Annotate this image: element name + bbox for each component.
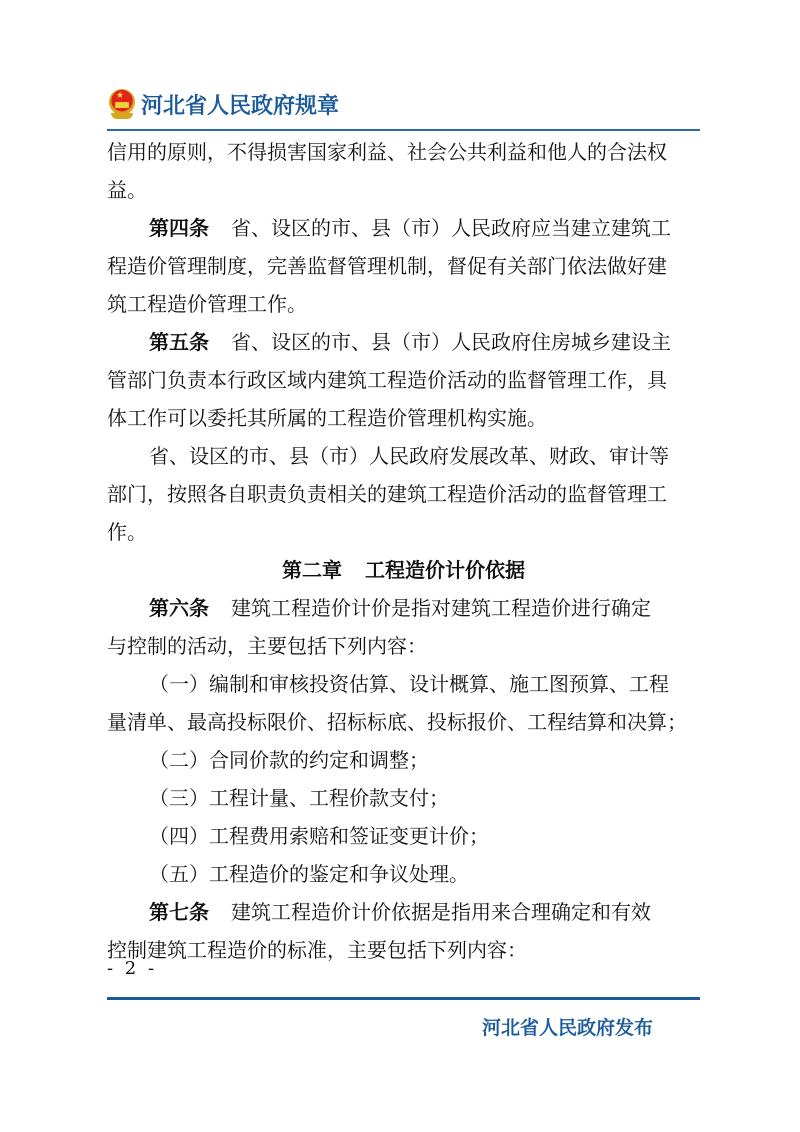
text-line: 益。	[107, 171, 700, 209]
article-6-line: 第六条 建筑工程造价计价是指对建筑工程造价进行确定	[107, 589, 700, 627]
article-heading: 第六条	[149, 589, 209, 627]
footer-divider	[107, 997, 700, 1000]
list-item: （五）工程造价的鉴定和争议处理。	[107, 855, 700, 893]
list-item-continuation: 量清单、最高投标限价、招标标底、投标报价、工程结算和决算；	[107, 703, 700, 741]
text-line: 部门，按照各自职责负责相关的建筑工程造价活动的监督管理工	[107, 475, 700, 513]
list-item: （三）工程计量、工程价款支付；	[107, 779, 700, 817]
header-divider	[107, 129, 700, 131]
text-line: 建筑工程造价计价依据是指用来合理确定和有效	[231, 893, 651, 931]
header-title: 河北省人民政府规章	[141, 89, 339, 120]
article-4-line: 第四条 省、设区的市、县（市）人民政府应当建立建筑工	[107, 209, 700, 247]
article-heading: 第四条	[149, 209, 209, 247]
article-heading: 第五条	[149, 323, 209, 361]
document-body: 信用的原则，不得损害国家利益、社会公共利益和他人的合法权 益。 第四条 省、设区…	[107, 133, 700, 969]
text-line: 建筑工程造价计价是指对建筑工程造价进行确定	[231, 589, 651, 627]
text-line: 省、设区的市、县（市）人民政府住房城乡建设主	[231, 323, 671, 361]
text-line: 程造价管理制度，完善监督管理机制，督促有关部门依法做好建	[107, 247, 700, 285]
article-7-line: 第七条 建筑工程造价计价依据是指用来合理确定和有效	[107, 893, 700, 931]
text-line: 省、设区的市、县（市）人民政府发展改革、财政、审计等	[107, 437, 700, 475]
document-header: ★ 河北省人民政府规章	[107, 84, 339, 124]
text-line: 筑工程造价管理工作。	[107, 285, 700, 323]
text-line: 省、设区的市、县（市）人民政府应当建立建筑工	[231, 209, 671, 247]
footer-publisher: 河北省人民政府发布	[482, 1013, 653, 1040]
text-line: 信用的原则，不得损害国家利益、社会公共利益和他人的合法权	[107, 133, 700, 171]
list-item: （四）工程费用索赔和签证变更计价；	[107, 817, 700, 855]
text-line: 作。	[107, 513, 700, 551]
text-line: 与控制的活动，主要包括下列内容：	[107, 627, 700, 665]
chapter-number: 第二章	[282, 558, 342, 582]
chapter-heading: 第二章 工程造价计价依据	[107, 551, 700, 589]
article-5-line: 第五条 省、设区的市、县（市）人民政府住房城乡建设主	[107, 323, 700, 361]
page-number: - 2 -	[107, 958, 157, 979]
text-line: 体工作可以委托其所属的工程造价管理机构实施。	[107, 399, 700, 437]
text-line: 管部门负责本行政区域内建筑工程造价活动的监督管理工作，具	[107, 361, 700, 399]
national-emblem-icon: ★	[107, 87, 137, 121]
list-item: （一）编制和审核投资估算、设计概算、施工图预算、工程	[107, 665, 700, 703]
list-item: （二）合同价款的约定和调整；	[107, 741, 700, 779]
chapter-title: 工程造价计价依据	[365, 558, 525, 582]
text-line: 控制建筑工程造价的标准，主要包括下列内容：	[107, 931, 700, 969]
article-heading: 第七条	[149, 893, 209, 931]
